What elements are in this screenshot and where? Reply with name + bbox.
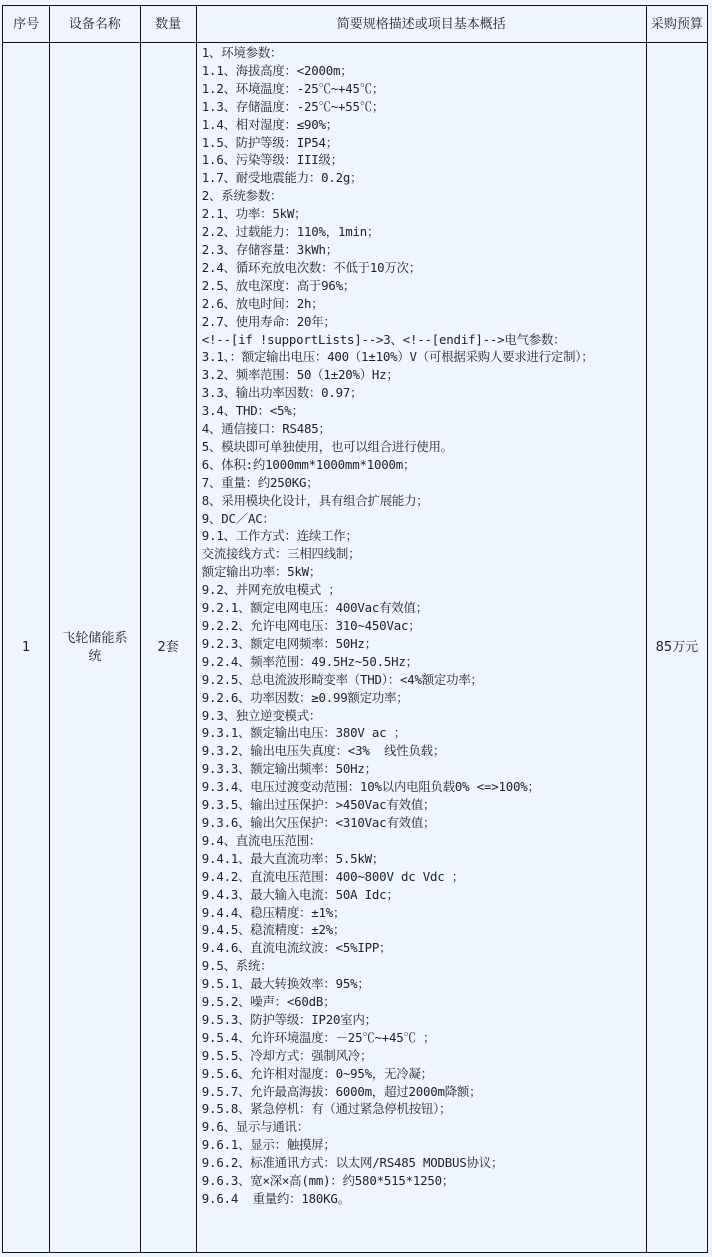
spec-line: 9.3.3、额定输出频率：50Hz；: [202, 760, 643, 778]
row-budget: 85万元: [646, 43, 707, 1253]
spec-line: 3.1、：额定输出电压：400（1±10%）V（可根据采购人要求进行定制）；: [202, 348, 643, 366]
spec-line: 9.2、并网充放电模式 ；: [202, 581, 643, 599]
spec-line: 2.7、使用寿命：20年；: [202, 313, 643, 331]
spec-line: 3.2、频率范围：50（1±20%）Hz；: [202, 366, 643, 384]
spec-line: 9.5.7、允许最高海拔：6000m，超过2000m降额；: [202, 1083, 643, 1101]
spec-line: 9.4.4、稳压精度：±1%；: [202, 904, 643, 922]
spec-line: 1.3、存储温度：-25℃~+55℃；: [202, 98, 643, 116]
table-row: 1 飞轮储能系统 2套 1、环境参数：1.1、海拔高度：<2000m；1.2、环…: [3, 43, 708, 1253]
spec-table-wrapper: 序号 设备名称 数量 简要规格描述或项目基本概括 采购预算 1 飞轮储能系统 2…: [2, 5, 708, 1253]
spec-line: 9.5.1、最大转换效率：95%；: [202, 975, 643, 993]
row-quantity: 2套: [140, 43, 196, 1253]
spec-line: 9.6.3、宽×深×高(mm)：约580*515*1250；: [202, 1172, 643, 1190]
header-quantity: 数量: [140, 6, 196, 43]
row-index: 1: [3, 43, 50, 1253]
spec-line: 8、采用模块化设计，具有组合扩展能力；: [202, 492, 643, 510]
spec-line: 1.5、防护等级：IP54；: [202, 134, 643, 152]
spec-line: 1.1、海拔高度：<2000m；: [202, 62, 643, 80]
spec-line: 9.3、独立逆变模式：: [202, 707, 643, 725]
header-description: 简要规格描述或项目基本概括: [196, 6, 646, 43]
procurement-spec-table: 序号 设备名称 数量 简要规格描述或项目基本概括 采购预算 1 飞轮储能系统 2…: [2, 5, 708, 1253]
spec-line: 9.5.4、允许环境温度：－25℃~+45℃ ；: [202, 1029, 643, 1047]
spec-line: 1.4、相对湿度：≤90%；: [202, 116, 643, 134]
spec-line: 1.2、环境温度：-25℃~+45℃；: [202, 80, 643, 98]
row-description: 1、环境参数：1.1、海拔高度：<2000m；1.2、环境温度：-25℃~+45…: [196, 43, 646, 1253]
description-lines: 1、环境参数：1.1、海拔高度：<2000m；1.2、环境温度：-25℃~+45…: [202, 44, 643, 1208]
spec-line: 9.4.2、直流电压范围：400~800V dc Vdc ；: [202, 868, 643, 886]
spec-line: 9.5.6、允许相对湿度：0~95%，无冷凝；: [202, 1065, 643, 1083]
header-index: 序号: [3, 6, 50, 43]
spec-line: 9.4.1、最大直流功率：5.5kW；: [202, 850, 643, 868]
spec-line: 9.5、系统：: [202, 957, 643, 975]
spec-line: 9.4.5、稳流精度：±2%；: [202, 921, 643, 939]
row-device-name: 飞轮储能系统: [50, 43, 140, 1253]
spec-line: 9.2.4、频率范围：49.5Hz~50.5Hz；: [202, 653, 643, 671]
table-header-row: 序号 设备名称 数量 简要规格描述或项目基本概括 采购预算: [3, 6, 708, 43]
spec-line: 9.1、工作方式：连续工作；: [202, 527, 643, 545]
header-budget: 采购预算: [646, 6, 707, 43]
spec-line: 3.3、输出功率因数：0.97；: [202, 384, 643, 402]
spec-line: 2.5、放电深度：高于96%；: [202, 277, 643, 295]
spec-line: 2.4、循环充放电次数：不低于10万次；: [202, 259, 643, 277]
spec-line: 9.6.4 重量约：180KG。: [202, 1190, 643, 1208]
spec-line: <!--[if !supportLists]-->3、<!--[endif]--…: [202, 331, 643, 349]
header-device-name: 设备名称: [50, 6, 140, 43]
spec-line: 9.4、直流电压范围：: [202, 832, 643, 850]
spec-line: 9.3.1、额定输出电压：380V ac ；: [202, 724, 643, 742]
spec-line: 交流接线方式：三相四线制；: [202, 545, 643, 563]
spec-line: 4、通信接口：RS485；: [202, 420, 643, 438]
spec-line: 9.5.5、冷却方式：强制风冷；: [202, 1047, 643, 1065]
spec-line: 9.6.2、标准通讯方式：以太网/RS485 MODBUS协议；: [202, 1154, 643, 1172]
spec-line: 2.1、功率：5kW；: [202, 205, 643, 223]
spec-line: 1、环境参数：: [202, 44, 643, 62]
spec-line: 9.6.1、显示：触摸屏；: [202, 1136, 643, 1154]
spec-line: 9.4.6、直流电流纹波：<5%IPP；: [202, 939, 643, 957]
spec-line: 1.6、污染等级：III级；: [202, 151, 643, 169]
spec-line: 9.2.5、总电流波形畸变率（THD）：<4%额定功率；: [202, 671, 643, 689]
spec-line: 9.2.2、允许电网电压：310~450Vac；: [202, 617, 643, 635]
spec-line: 9.6、显示与通讯：: [202, 1118, 643, 1136]
spec-line: 9.2.1、额定电网电压：400Vac有效值；: [202, 599, 643, 617]
spec-line: 3.4、THD：<5%；: [202, 402, 643, 420]
spec-line: 9.2.3、额定电网频率：50Hz；: [202, 635, 643, 653]
spec-line: 额定输出功率：5kW；: [202, 563, 643, 581]
spec-line: 9.5.8、紧急停机：有（通过紧急停机按钮）；: [202, 1100, 643, 1118]
spec-line: 2.3、存储容量：3kWh；: [202, 241, 643, 259]
spec-line: 7、重量：约250KG；: [202, 474, 643, 492]
spec-line: 9、DC／AC：: [202, 510, 643, 528]
spec-line: 9.4.3、最大输入电流：50A Idc；: [202, 886, 643, 904]
spec-line: 9.3.2、输出电压失真度：<3% 线性负载；: [202, 742, 643, 760]
spec-line: 2.2、过载能力：110%，1min；: [202, 223, 643, 241]
spec-line: 9.3.4、电压过渡变动范围：10%以内电阻负载0% <=>100%；: [202, 778, 643, 796]
spec-line: 1.7、耐受地震能力：0.2g；: [202, 169, 643, 187]
spec-line: 9.3.6、输出欠压保护：<310Vac有效值；: [202, 814, 643, 832]
spec-line: 2、系统参数：: [202, 187, 643, 205]
spec-line: 2.6、放电时间：2h；: [202, 295, 643, 313]
spec-line: 9.2.6、功率因数：≥0.99额定功率；: [202, 689, 643, 707]
spec-line: 9.5.3、防护等级：IP20室内；: [202, 1011, 643, 1029]
spec-line: 5、模块即可单独使用，也可以组合进行使用。: [202, 438, 643, 456]
spec-line: 6、体积:约1000mm*1000mm*1000m；: [202, 456, 643, 474]
spec-line: 9.3.5、输出过压保护：>450Vac有效值；: [202, 796, 643, 814]
spec-line: 9.5.2、噪声：<60dB；: [202, 993, 643, 1011]
